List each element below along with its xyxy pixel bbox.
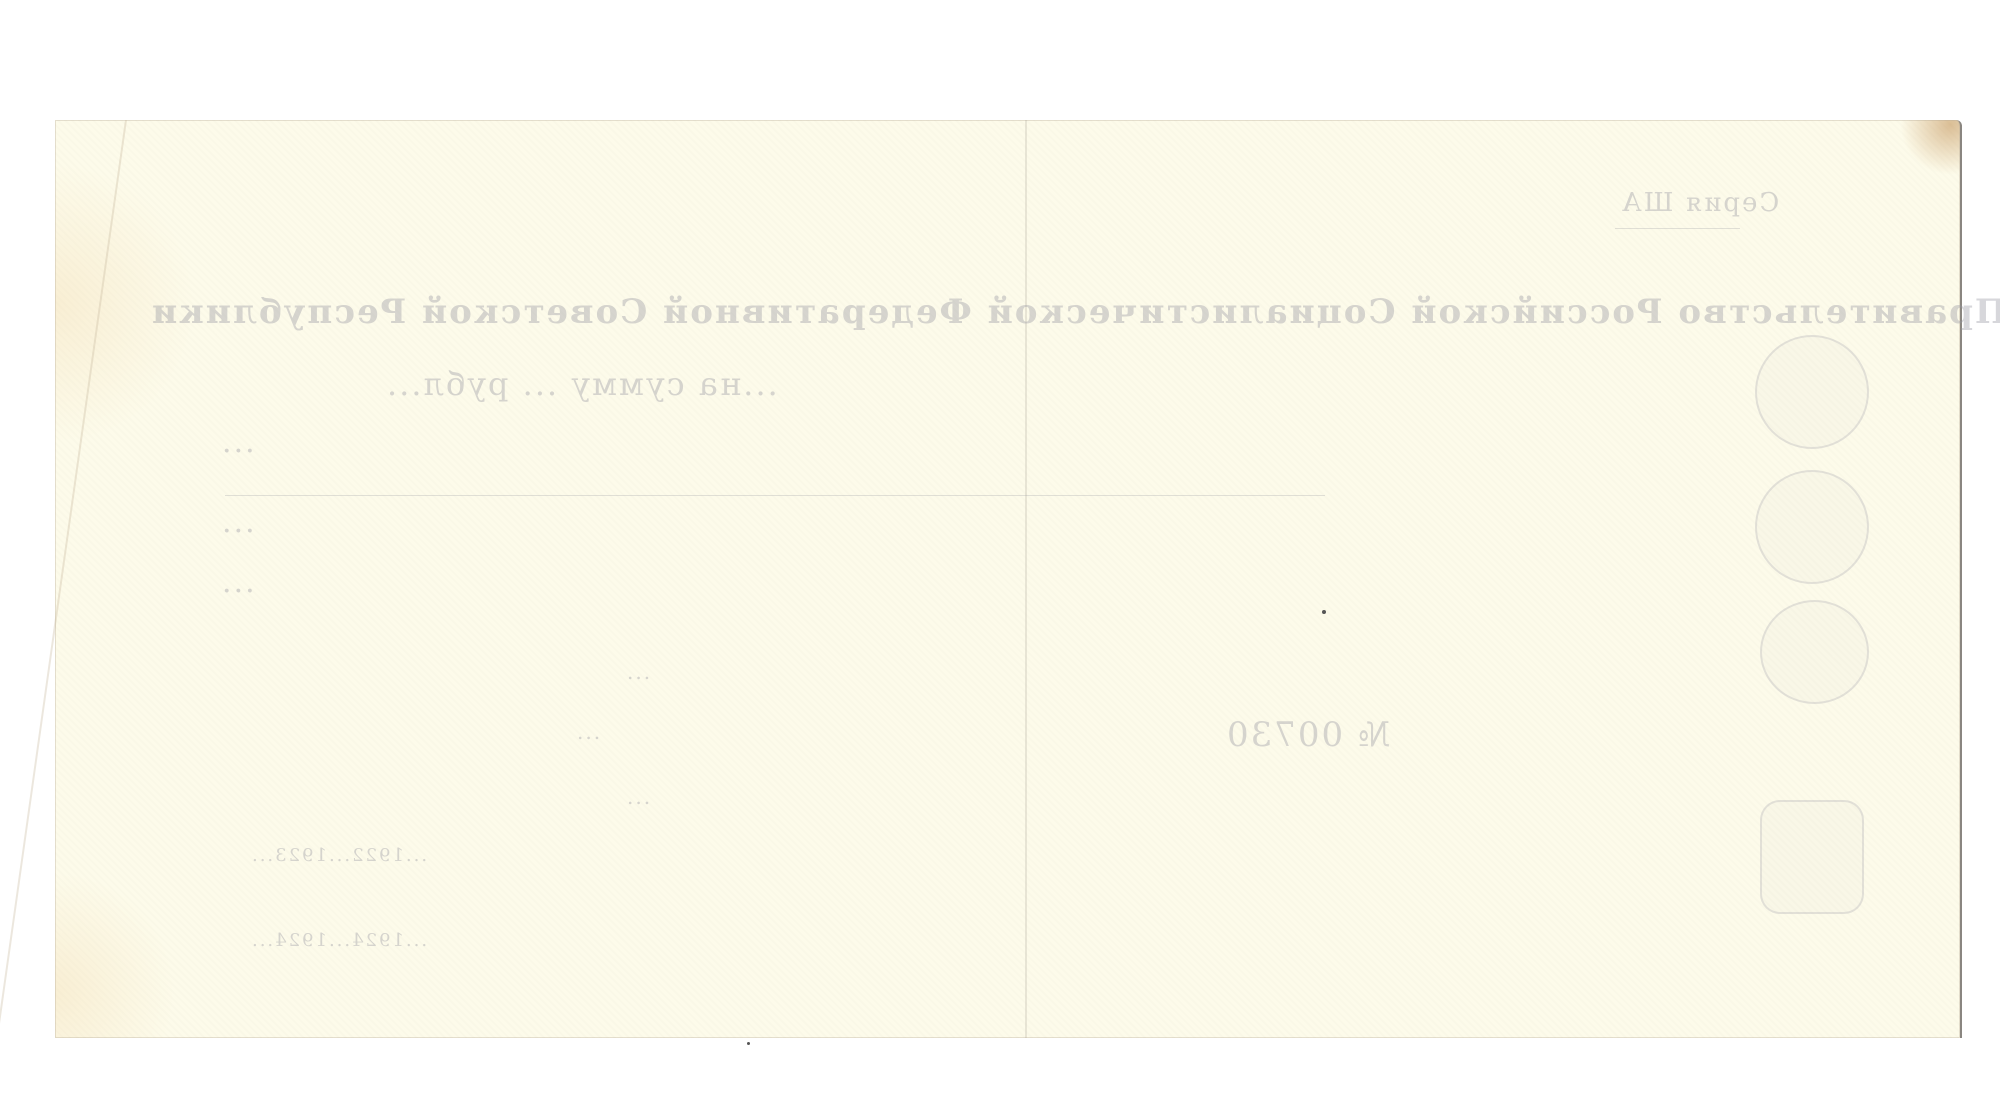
dirt-speck-outside <box>747 1042 750 1045</box>
series-rule <box>1615 228 1740 229</box>
bleed-line-3: ... <box>220 425 255 460</box>
document-paper: Серия ША Правительство Российской Социал… <box>55 120 1962 1038</box>
bleed-line-5: ... <box>220 565 255 600</box>
signature-line-1: ... <box>625 660 650 684</box>
signature-line-3: ... <box>625 785 650 809</box>
dirt-speck <box>1322 610 1326 614</box>
left-crease <box>0 120 127 1038</box>
text-rule-1 <box>225 495 1325 496</box>
seal-1 <box>1755 335 1869 449</box>
series-label: Серия ША <box>1620 188 1779 218</box>
bleed-line-2: ...на сумму ... рубл... <box>385 365 778 403</box>
document-number: № 00730 <box>1225 715 1390 755</box>
bleed-line-4: ... <box>220 505 255 540</box>
signature-line-2: ... <box>575 720 600 744</box>
footnote-1: ...1922...1923... <box>250 845 427 866</box>
footnote-2: ...1924...1924... <box>250 930 427 951</box>
seal-4 <box>1760 800 1864 914</box>
seal-2 <box>1755 470 1869 584</box>
seal-3 <box>1760 600 1869 704</box>
bleed-line-1: Правительство Российской Социалистическо… <box>150 292 2000 332</box>
center-fold <box>1025 120 1027 1038</box>
